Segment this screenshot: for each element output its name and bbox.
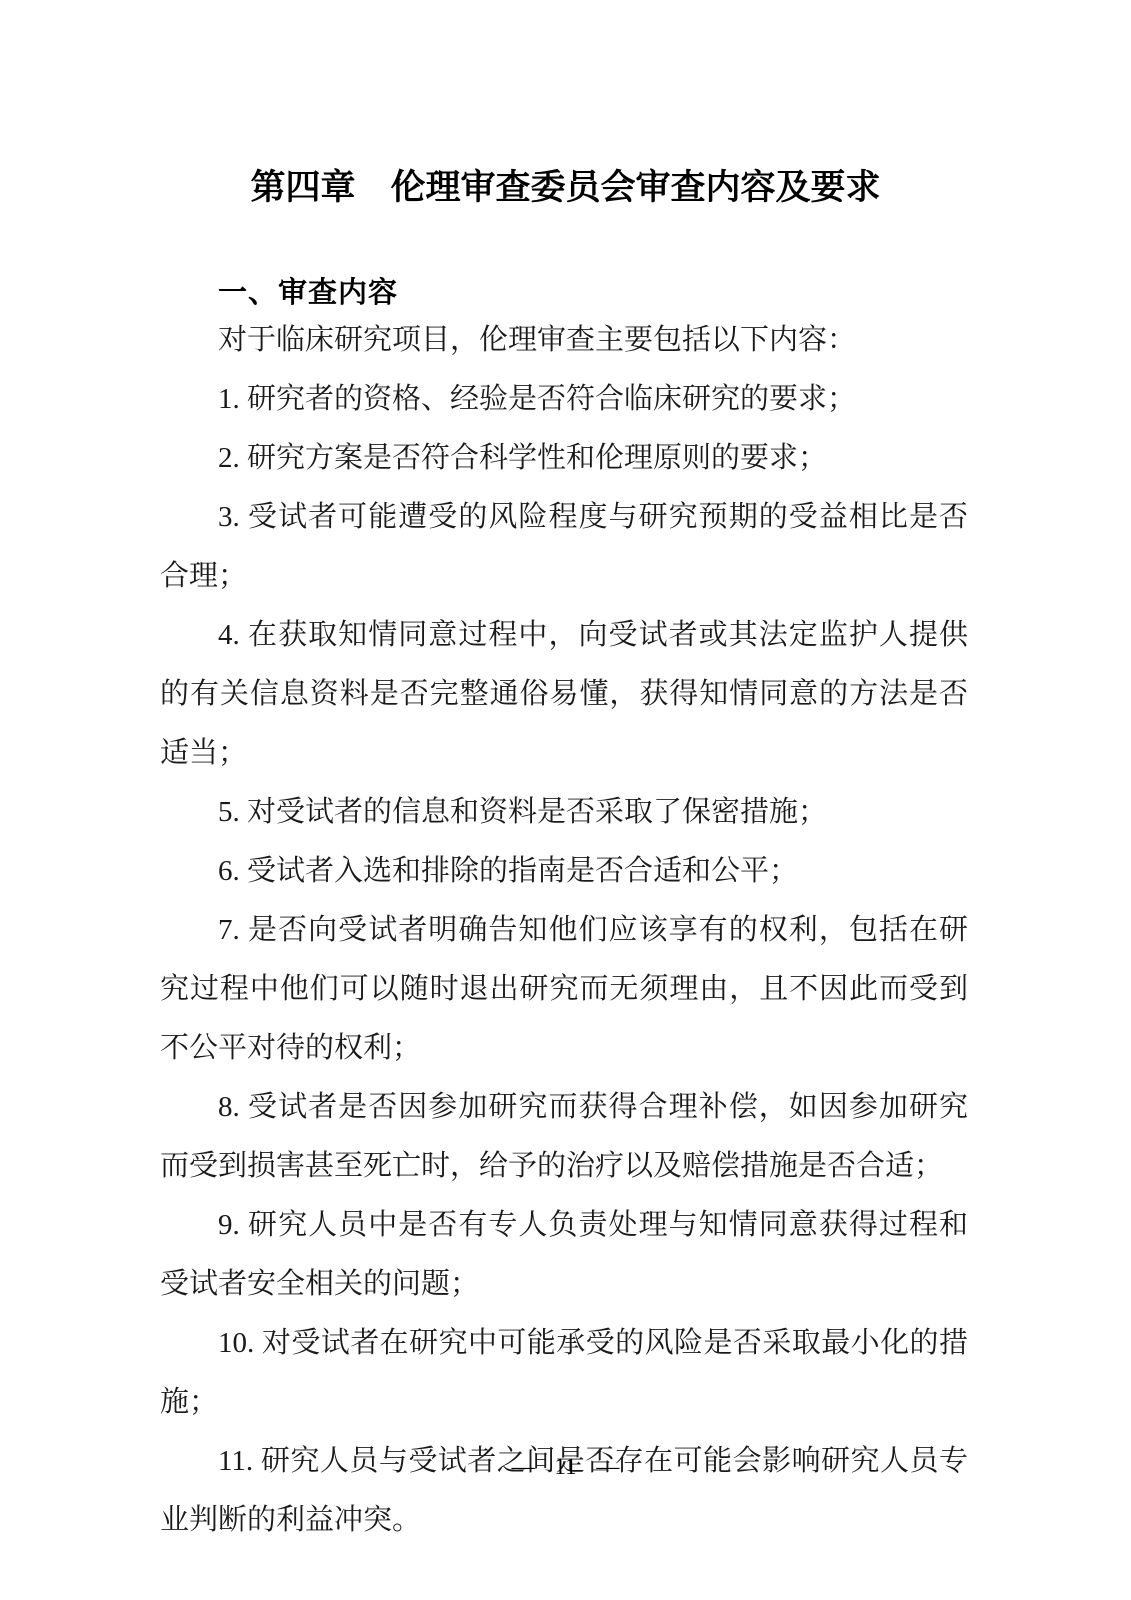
list-item-7: 7. 是否向受试者明确告知他们应该享有的权利，包括在研究过程中他们可以随时退出研… [160,901,968,1078]
list-item-11: 11. 研究人员与受试者之间是否存在可能会影响研究人员专业判断的利益冲突。 [160,1432,968,1550]
list-item-6: 6. 受试者入选和排除的指南是否合适和公平； [160,842,968,901]
intro-paragraph: 对于临床研究项目，伦理审查主要包括以下内容： [160,311,968,370]
list-item-1: 1. 研究者的资格、经验是否符合临床研究的要求； [160,370,968,429]
page-content: 一、审查内容 对于临床研究项目，伦理审查主要包括以下内容： 1. 研究者的资格、… [160,275,968,1550]
chapter-title: 第四章 伦理审查委员会审查内容及要求 [0,165,1131,211]
page-number: — 11 — [512,1454,620,1479]
list-item-10: 10. 对受试者在研究中可能承受的风险是否采取最小化的措施； [160,1314,968,1432]
list-item-4: 4. 在获取知情同意过程中，向受试者或其法定监护人提供的有关信息资料是否完整通俗… [160,606,968,783]
list-item-3: 3. 受试者可能遭受的风险程度与研究预期的受益相比是否合理； [160,488,968,606]
page-footer: — 11 — [0,1452,1131,1482]
list-item-5: 5. 对受试者的信息和资料是否采取了保密措施； [160,783,968,842]
list-item-9: 9. 研究人员中是否有专人负责处理与知情同意获得过程和受试者安全相关的问题； [160,1196,968,1314]
section-heading: 一、审查内容 [160,275,968,311]
document-page: 第四章 伦理审查委员会审查内容及要求 一、审查内容 对于临床研究项目，伦理审查主… [0,0,1131,1600]
list-item-2: 2. 研究方案是否符合科学性和伦理原则的要求； [160,429,968,488]
list-item-8: 8. 受试者是否因参加研究而获得合理补偿，如因参加研究而受到损害甚至死亡时，给予… [160,1078,968,1196]
